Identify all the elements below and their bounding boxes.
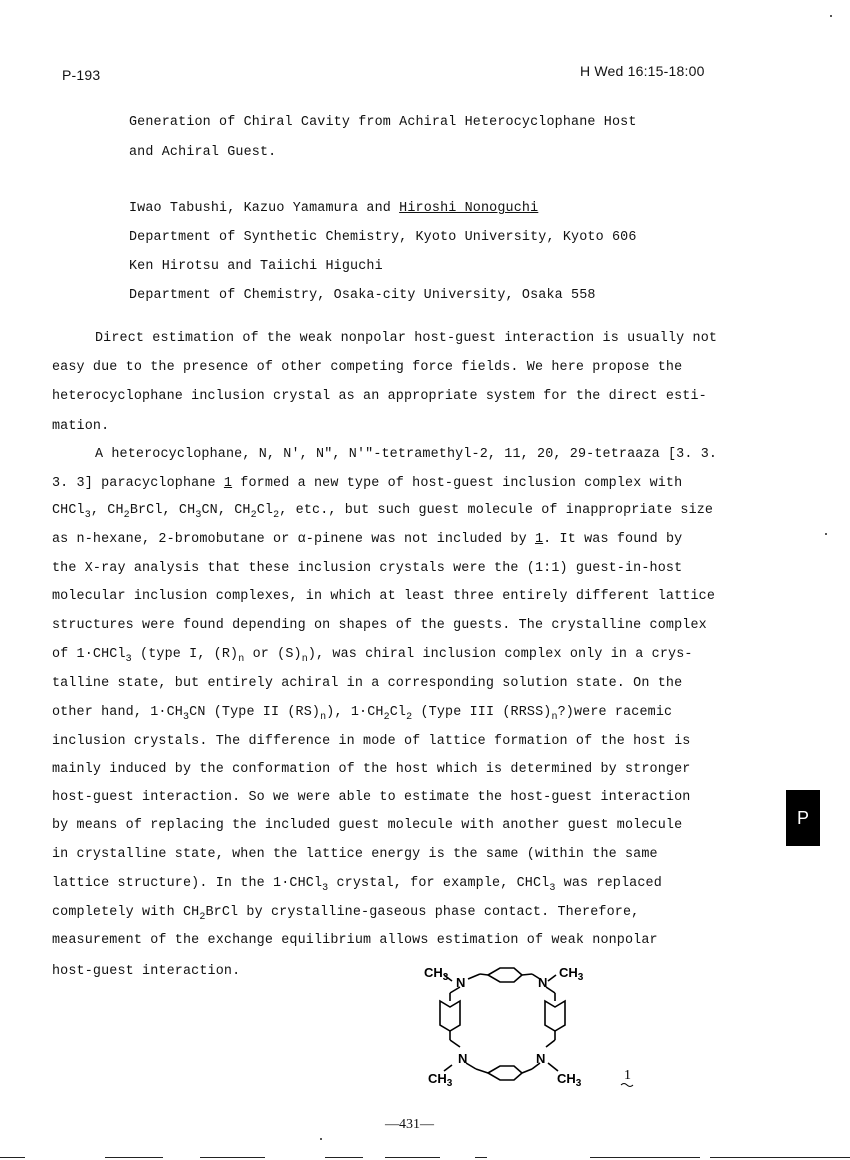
body-line: mainly induced by the conformation of th… xyxy=(52,762,690,777)
body-line: structures were found depending on shape… xyxy=(52,618,707,633)
scan-rule xyxy=(710,1157,850,1158)
scan-rule xyxy=(475,1157,487,1158)
body-line: molecular inclusion complexes, in which … xyxy=(52,589,715,604)
authors-group-1: Iwao Tabushi, Kazuo Yamamura and Hiroshi… xyxy=(129,201,538,216)
presenting-author: Hiroshi Nonoguchi xyxy=(399,201,538,216)
body-line: inclusion crystals. The difference in mo… xyxy=(52,734,690,749)
methyl-label: CH3 xyxy=(557,1071,582,1089)
affiliation-1: Department of Synthetic Chemistry, Kyoto… xyxy=(129,230,637,245)
body-line: 3. 3] paracyclophane 1 formed a new type… xyxy=(52,476,682,491)
scan-rule xyxy=(105,1157,163,1158)
title-line-2: and Achiral Guest. xyxy=(129,145,276,160)
scan-rule xyxy=(590,1157,700,1158)
body-line: other hand, 1·CH3CN (Type II (RS)n), 1·C… xyxy=(52,705,672,720)
body-line: the X-ray analysis that these inclusion … xyxy=(52,561,682,576)
scan-rule xyxy=(200,1157,265,1158)
body-line: host-guest interaction. xyxy=(52,964,240,979)
body-line: in crystalline state, when the lattice e… xyxy=(52,847,658,862)
benzene-ring-left xyxy=(440,1001,460,1031)
compound-number-label: 1 xyxy=(624,1068,631,1083)
body-line: Direct estimation of the weak nonpolar h… xyxy=(95,331,717,346)
benzene-ring-right xyxy=(545,1001,565,1031)
body-line: heterocyclophane inclusion crystal as an… xyxy=(52,389,707,404)
methyl-label: CH3 xyxy=(559,965,584,983)
section-tab-p: P xyxy=(786,790,820,846)
scan-rule xyxy=(325,1157,363,1158)
scan-speck xyxy=(825,533,827,535)
scan-rule xyxy=(385,1157,440,1158)
body-line: of 1·CHCl3 (type I, (R)n or (S)n), was c… xyxy=(52,647,693,662)
affiliation-2: Department of Chemistry, Osaka-city Univ… xyxy=(129,288,596,303)
methyl-label: CH3 xyxy=(424,965,449,983)
body-line: measurement of the exchange equilibrium … xyxy=(52,933,658,948)
abstract-code: P-193 xyxy=(62,67,100,83)
body-line: by means of replacing the included guest… xyxy=(52,818,682,833)
nitrogen-label: N xyxy=(458,1051,467,1066)
authors-group-2: Ken Hirotsu and Taiichi Higuchi xyxy=(129,259,383,274)
body-line: talline state, but entirely achiral in a… xyxy=(52,676,682,691)
body-line: lattice structure). In the 1·CHCl3 cryst… xyxy=(52,876,662,891)
nitrogen-label: N xyxy=(456,975,465,990)
body-line: A heterocyclophane, N, N', N", N'"-tetra… xyxy=(95,447,717,462)
methyl-label: CH3 xyxy=(428,1071,453,1089)
compound-ref: 1 xyxy=(535,532,543,547)
nitrogen-label: N xyxy=(536,1051,545,1066)
tetraazaparacyclophane-structure: CH3 CH3 N N N N CH3 CH3 1 xyxy=(410,955,650,1095)
body-line: mation. xyxy=(52,419,109,434)
benzene-ring-bottom xyxy=(488,1066,522,1080)
page-number: —431— xyxy=(385,1117,434,1133)
body-line: completely with CH2BrCl by crystalline-g… xyxy=(52,905,639,920)
author-names: Iwao Tabushi, Kazuo Yamamura and xyxy=(129,201,399,216)
tilde-underline xyxy=(621,1084,633,1087)
title-line-1: Generation of Chiral Cavity from Achiral… xyxy=(129,115,637,130)
scan-rule xyxy=(0,1157,25,1158)
body-line: CHCl3, CH2BrCl, CH3CN, CH2Cl2, etc., but… xyxy=(52,503,713,518)
scan-speck xyxy=(320,1138,322,1140)
body-line: host-guest interaction. So we were able … xyxy=(52,790,690,805)
nitrogen-label: N xyxy=(538,975,547,990)
benzene-ring-top xyxy=(488,968,522,982)
session-time: H Wed 16:15-18:00 xyxy=(580,63,705,79)
body-line: easy due to the presence of other compet… xyxy=(52,360,682,375)
scan-speck xyxy=(830,15,832,17)
compound-ref: 1 xyxy=(224,476,232,491)
body-line: as n-hexane, 2-bromobutane or α-pinene w… xyxy=(52,532,682,547)
